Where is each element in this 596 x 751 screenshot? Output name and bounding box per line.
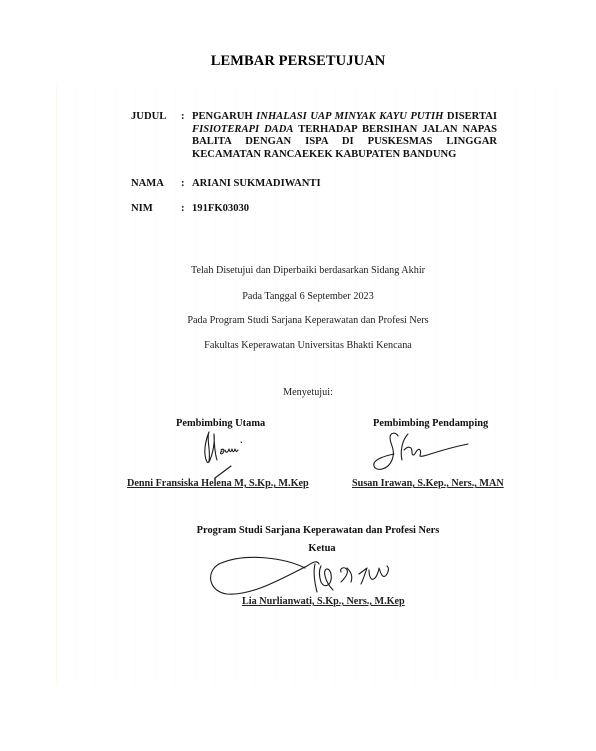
judul-label: JUDUL — [131, 111, 166, 122]
judul-italic-term: INHALASI UAP MINYAK KAYU PUTIH — [256, 111, 443, 122]
approval-line-2: Pada Tanggal 6 September 2023 — [10, 291, 596, 302]
approved-label: Menyetujui: — [10, 387, 596, 398]
supervisor-second-name: Susan Irawan, S.Kep., Ners., MAN — [352, 478, 504, 489]
supervisor-main-name: Denni Fransiska Helena M, S.Kp., M.Kep — [127, 478, 309, 489]
judul-text: PENGARUH — [192, 111, 256, 122]
judul-colon: : — [181, 111, 185, 122]
nim-colon: : — [181, 203, 185, 214]
judul-value: PENGARUH INHALASI UAP MINYAK KAYU PUTIH … — [192, 111, 497, 161]
approval-line-3: Pada Program Studi Sarjana Keperawatan d… — [10, 315, 596, 326]
scan-edge — [56, 85, 57, 685]
nama-value: ARIANI SUKMADIWANTI — [192, 178, 321, 189]
nim-value: 191FK03030 — [192, 203, 249, 214]
nim-label: NIM — [131, 203, 153, 214]
supervisor-second-role: Pembimbing Pendamping — [373, 418, 488, 429]
head-name: Lia Nurlianwati, S.Kp., Ners., M.Kep — [242, 596, 405, 607]
page-title: LEMBAR PERSETUJUAN — [0, 53, 596, 70]
nama-colon: : — [181, 178, 185, 189]
approval-line-4: Fakultas Keperawatan Universitas Bhakti … — [10, 340, 596, 351]
nama-label: NAMA — [131, 178, 164, 189]
program-name: Program Studi Sarjana Keperawatan dan Pr… — [20, 525, 596, 536]
signature-susan-icon — [368, 430, 478, 475]
head-role: Ketua — [24, 543, 596, 554]
approval-line-1: Telah Disetujui dan Diperbaiki berdasark… — [10, 265, 596, 276]
judul-italic-term: FISIOTERAPI DADA — [192, 124, 293, 135]
judul-text: DISERTAI — [443, 111, 497, 122]
signature-denni-icon — [195, 428, 255, 480]
